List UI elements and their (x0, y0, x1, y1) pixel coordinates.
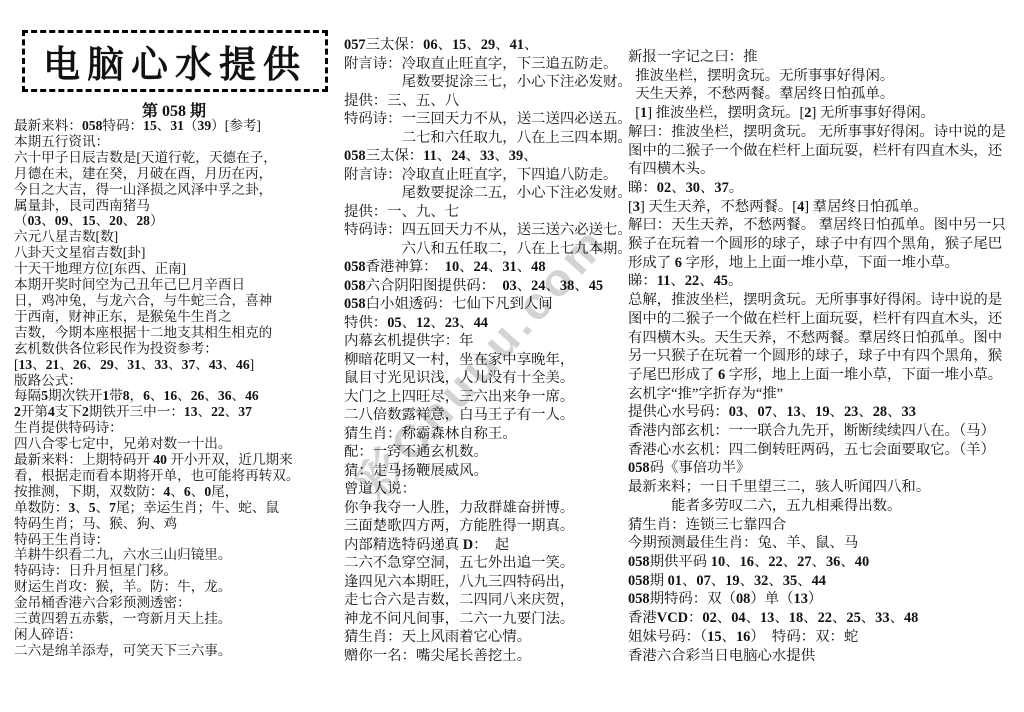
text-line: 今期预测最佳生肖：兔、羊、鼠、马 (628, 534, 1022, 553)
text-line: 今日之大吉，得一山泽损之风泽中孚之卦， (14, 182, 344, 198)
text-line: 香港六合彩当日电脑心水提供 (628, 647, 1022, 666)
text-line: [13、21、26、29、31、33、37、43、46] (14, 357, 344, 373)
text-line: 三黄四碧五赤紫，一弯新月天上挂。 (14, 611, 344, 627)
title-box: 电脑心水提供 (22, 30, 328, 92)
left-column: 最新来料：058特码：15、31（39）[参考]本期五行资讯：六十甲子日辰吉数是… (14, 118, 344, 659)
text-line: 赠你一名：嘴尖尾长善挖土。 (344, 647, 632, 666)
text-line: 日，鸡冲兔，与龙六合，与牛蛇三合，喜神 (14, 293, 344, 309)
text-line: 配：一窍不通玄机数。 (344, 443, 632, 462)
text-line: 二六不急穿空洞，五七外出追一笑。 (344, 554, 632, 573)
text-line: 按推测，下期，双数防：4、6、0尾， (14, 484, 344, 500)
text-line: 单数防：3、5、7尾；幸运生肖；牛、蛇、鼠 (14, 500, 344, 516)
text-line: 058香港神算： 10、24、31、48 (344, 258, 632, 277)
text-line: 最新来料：058特码：15、31（39）[参考] (14, 118, 344, 134)
lottery-tip-sheet: 电脑心水提供 第 058 期 彩Chuuu.com 最新来料：058特码：15、… (0, 0, 1024, 712)
text-line: 逢四见六本期旺，八九三四特码出， (344, 573, 632, 592)
text-line: 二六是绵羊添寿，可笑天下三六事。 (14, 643, 344, 659)
text-line: 058期特码：双（08）单（13） (628, 590, 1022, 609)
text-line: 058三太保：11、24、33、39、 (344, 147, 632, 166)
text-line: 057三太保：06、15、29、41、 (344, 36, 632, 55)
text-line: 鼠目寸光见识浅，人儿没有十全美。 (344, 369, 632, 388)
text-line: 看，根据走而看本期将开单，也可能将再转双。 (14, 468, 344, 484)
text-line: 六八和五任取二，八在上七九本期。 (344, 240, 632, 259)
text-line: 二八倍数露祥意，白马王子有一人。 (344, 406, 632, 425)
text-line: 三面楚歌四方两，方能胜得一期真。 (344, 517, 632, 536)
text-line: 特供：05、12、23、44 (344, 314, 632, 333)
text-line: 属量卦，艮司西南猪马 (14, 198, 344, 214)
text-line: 香港心水玄机：四二倒转旺两码，五七会面要取它。（羊） (628, 441, 1022, 460)
text-line: 特码王生肖诗： (14, 532, 344, 548)
text-line: 解曰：推波坐栏，摆明贪玩。 无所事事好得闲。诗中说的是 (628, 123, 1022, 142)
text-line: 另一只猴子在玩着一个圆形的球子，球子中有四个黑角，猴 (628, 347, 1022, 366)
text-line: 猴子在玩着一个圆形的球子，球子中有四个黑角，猴子尾巴 (628, 235, 1022, 254)
text-line: 提供：三、五、八 (344, 92, 632, 111)
text-line: 香港VCD：02、04、13、18、22、25、33、48 (628, 609, 1022, 628)
text-line: 提供：一、九、七 (344, 203, 632, 222)
text-line: [1] 推波坐栏，摆明贪玩。[2] 无所事事好得闲。 (628, 104, 1022, 123)
text-line: 图中的二猴子一个做在栏杆上面玩耍，栏杆有四直木头，还 (628, 142, 1022, 161)
text-line: 058码《事倍功半》 (628, 459, 1022, 478)
right-column: 新报一字记之曰：推 推波坐栏，摆明贪玩。无所事事好得闲。 天生天养，不愁两餐。羣… (628, 48, 1022, 665)
text-line: 大门之上四旺尽，三六出来争一席。 (344, 388, 632, 407)
text-line: 十天干地理方位[东西、正南] (14, 261, 344, 277)
text-line: 内部精选特码递真 D： 起 (344, 536, 632, 555)
text-line: 生肖提供特码诗： (14, 420, 344, 436)
text-line: 金吊桶香港六合彩预测透密： (14, 595, 344, 611)
text-line: 睇：11、22、45。 (628, 272, 1022, 291)
text-line: 形成了 6 字形，地上上面一堆小草，下面一堆小草。 (628, 254, 1022, 273)
text-line: 柳暗花明又一村，坐在家中享晚年， (344, 351, 632, 370)
text-line: 本期五行资讯： (14, 134, 344, 150)
text-line: 图中的二猴子一个做在栏杆上面玩耍，栏杆有四直木头，还 (628, 310, 1022, 329)
text-line: 特码诗：一三回天力不从，送二送四必送五。 (344, 110, 632, 129)
text-line: 解曰：天生天养，不愁两餐。 羣居终日怕孤单。图中另一只 (628, 216, 1022, 235)
text-line: 能者多劳叹二六，五九相乘得出数。 (628, 497, 1022, 516)
text-line: 香港内部玄机：一一联合九先开，断断续续四八在。（马） (628, 422, 1022, 441)
text-line: 六元八星吉数[数] (14, 229, 344, 245)
text-line: 八卦天文星宿吉数[卦] (14, 245, 344, 261)
text-line: 闲人碎语： (14, 627, 344, 643)
middle-column: 057三太保：06、15、29、41、附言诗：冷取直止旺直字，下三追五防走。 尾… (344, 36, 632, 665)
text-line: 特码生肖；马、猴、狗、鸡 (14, 516, 344, 532)
text-line: 尾数要捉涂二五，小心下注必发财。 (344, 184, 632, 203)
text-line: 058期 01、07、19、32、35、44 (628, 572, 1022, 591)
text-line: 猜：走马扬鞭展威风。 (344, 462, 632, 481)
text-line: 四八合零七定中，兄弟对数一十出。 (14, 436, 344, 452)
text-line: 尾数要捉涂三七，小心下注必发财。 (344, 73, 632, 92)
text-line: 每隔5期次铁开1带8，6、16、26、36、46 (14, 388, 344, 404)
text-line: 玄机数供各位彩民作为投资参考： (14, 341, 344, 357)
text-line: 财运生肖攻：猴，羊。防：牛，龙。 (14, 579, 344, 595)
text-line: 058六合阴阳图提供码： 03、24、38、45 (344, 277, 632, 296)
text-line: 你争我夺一人胜，力敌群雄奋拼博。 (344, 499, 632, 518)
text-line: 神龙不问凡间事，二六一九要门法。 (344, 610, 632, 629)
text-line: 版路公式： (14, 373, 344, 389)
text-line: 羊耕牛织看二九，六水三山归镜里。 (14, 547, 344, 563)
text-line: 推波坐栏，摆明贪玩。无所事事好得闲。 (628, 67, 1022, 86)
text-line: 本期开奖时间空为己丑年己巳月辛酉日 (14, 277, 344, 293)
text-line: 天生天养，不愁两餐。羣居终日怕孤单。 (628, 85, 1022, 104)
text-line: 特码诗：四五回天力不从，送三送六必送七。 (344, 221, 632, 240)
text-line: 二七和六任取九，八在上三四本期。 (344, 129, 632, 148)
text-line: 走七合六是吉数，二四同八来庆贺， (344, 591, 632, 610)
text-line: 附言诗：冷取直止旺直字，下三追五防走。 (344, 55, 632, 74)
text-line: （03、09、15、20、28） (14, 213, 344, 229)
text-line: 姐妹号码：（15、16） 特码：双：蛇 (628, 628, 1022, 647)
text-line: 总解，推波坐栏，摆明贪玩。无所事事好得闲。诗中说的是 (628, 291, 1022, 310)
text-line: 新报一字记之曰：推 (628, 48, 1022, 67)
text-line: 猜生肖：称霸森林自称王。 (344, 425, 632, 444)
text-line: 月德在未，建在癸，月破在酉，月历在丙， (14, 166, 344, 182)
text-line: 058期供平码 10、16、22、27、36、40 (628, 553, 1022, 572)
text-line: 猜生肖：连锁三七靠四合 (628, 516, 1022, 535)
text-line: 六十甲子日辰吉数是[天道行乾，天德在子， (14, 150, 344, 166)
text-line: 有四横木头。天生天养，不愁两餐。羣居终日怕孤单。图中 (628, 329, 1022, 348)
page-title: 电脑心水提供 (43, 34, 307, 88)
text-line: 曾道人说： (344, 480, 632, 499)
text-line: 058白小姐透码：七仙下凡到人间 (344, 295, 632, 314)
text-line: 附言诗：冷取直止旺直字，下四追八防走。 (344, 166, 632, 185)
text-line: 睇：02、30、37。 (628, 179, 1022, 198)
text-line: 内幕玄机提供字：年 (344, 332, 632, 351)
text-line: 玄机字“推”字折存为“推” (628, 385, 1022, 404)
text-line: 2开第4支下2期铁开三中一：13、22、37 (14, 404, 344, 420)
text-line: 最新来料：上期特码开 40 开小开双，近几期来 (14, 452, 344, 468)
text-line: 猜生肖：天上风雨着它心情。 (344, 628, 632, 647)
text-line: 有四横木头。 (628, 160, 1022, 179)
text-line: 子尾巴形成了 6 字形，地上上面一堆小草，下面一堆小草。 (628, 366, 1022, 385)
text-line: 最新来料；一日千里望三二，骇人听闻四八和。 (628, 478, 1022, 497)
text-line: [3] 天生天养，不愁两餐。[4] 羣居终日怕孤单。 (628, 198, 1022, 217)
text-line: 于西南，财神正东，是猴兔牛生肖之 (14, 309, 344, 325)
text-line: 提供心水号码：03、07、13、19、23、28、33 (628, 403, 1022, 422)
text-line: 吉数，今期本座根据十二地支其相生相克的 (14, 325, 344, 341)
text-line: 特码诗：日升月恒星门移。 (14, 563, 344, 579)
